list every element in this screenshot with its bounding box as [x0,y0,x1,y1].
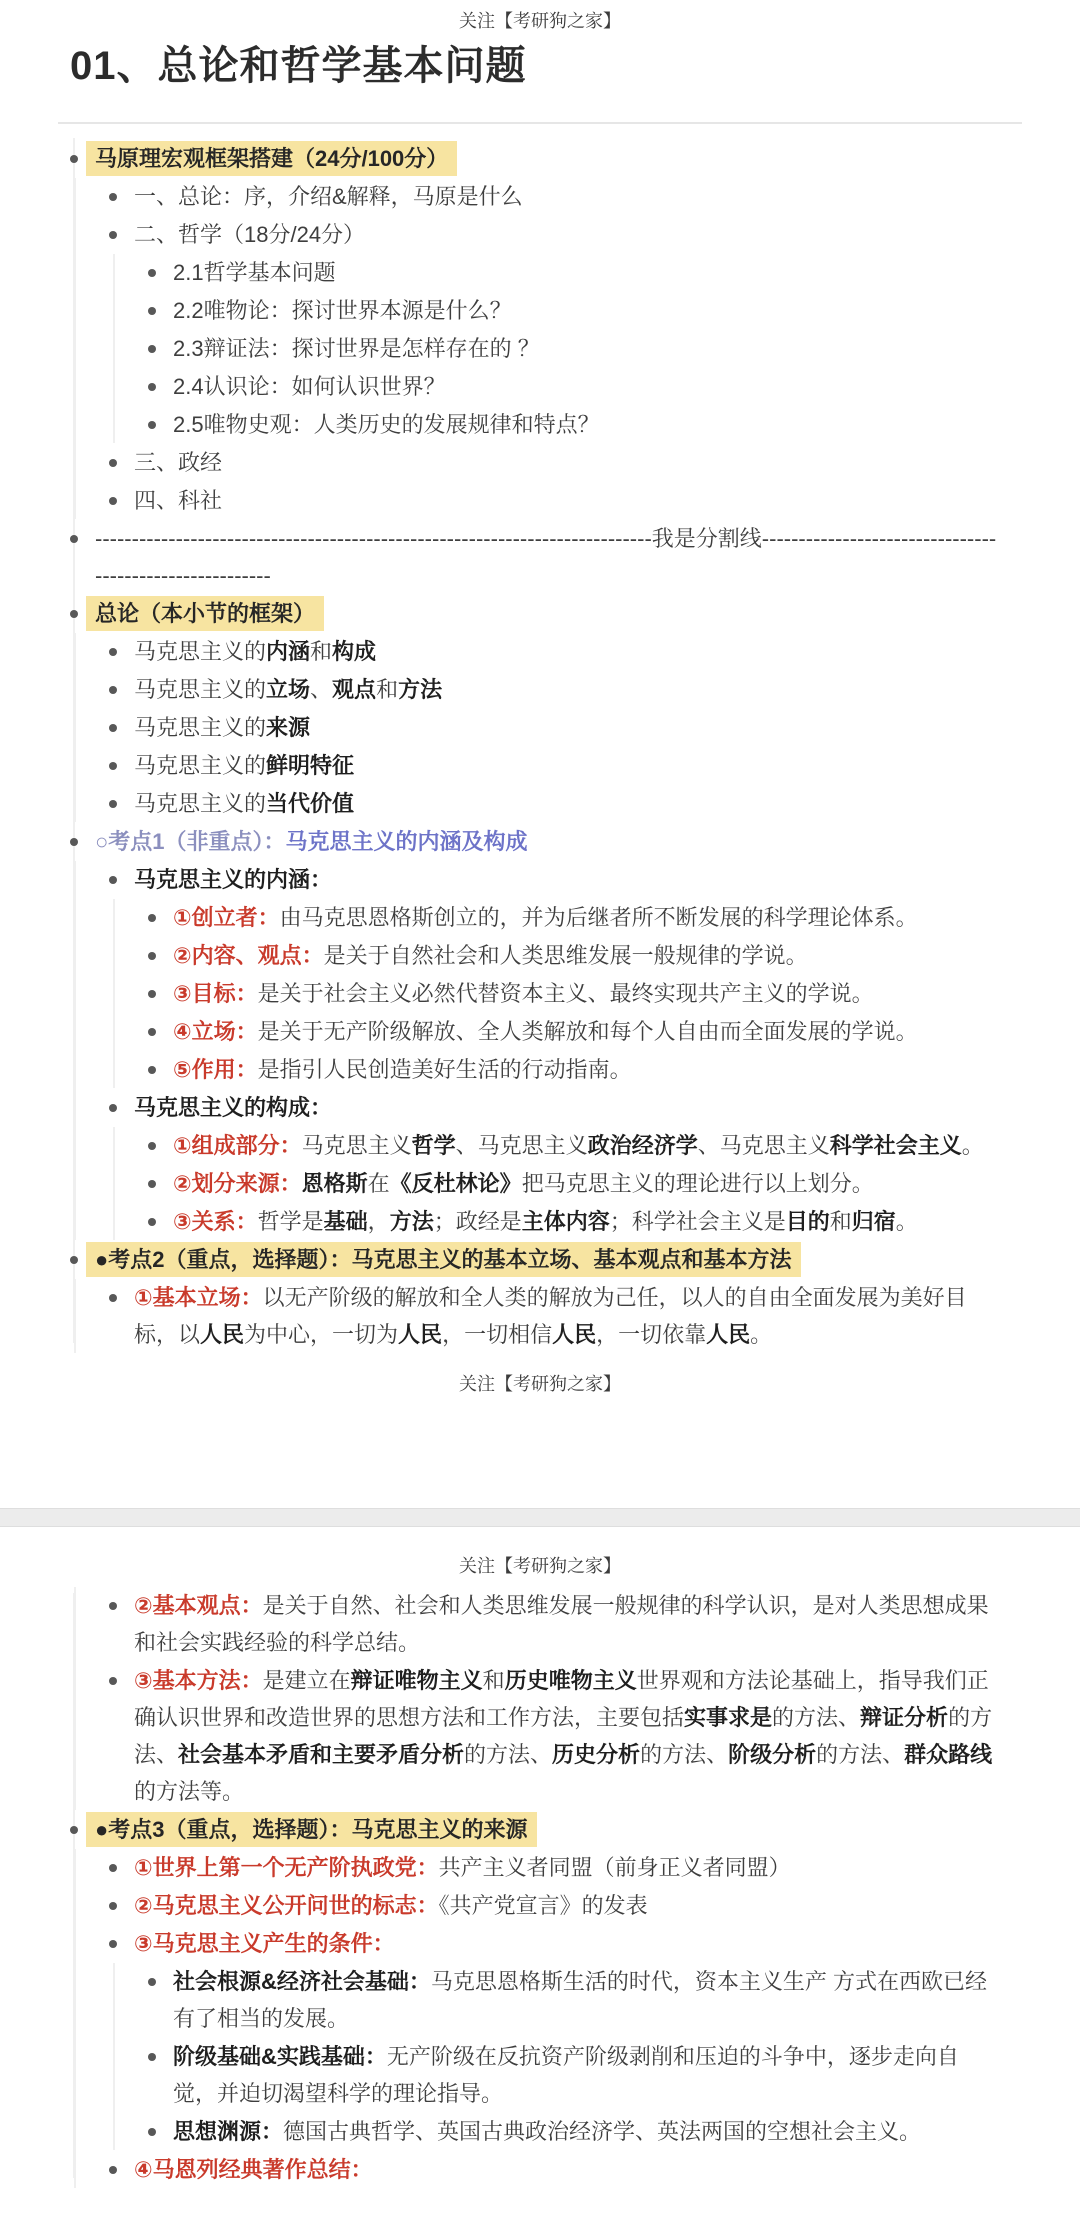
list-item: ③关系：哲学是基础，方法；政经是主体内容；科学社会主义是目的和归宿。 [142,1203,1000,1240]
bullet-column [103,747,134,784]
list-item: ①组成部分：马克思主义哲学、马克思主义政治经济学、马克思主义科学社会主义。 [142,1127,1000,1164]
item-text: ②马克思主义公开问世的标志：《共产党宣言》的发表 [134,1887,1000,1924]
watermark-bottom: 关注【考研狗之家】 [0,1371,1080,1397]
text-segment: 和 [310,639,332,664]
text-segment: 、 [310,677,332,702]
item-text: ②基本观点：是关于自然、社会和人类思维发展一般规律的科学认识，是对人类思想成果和… [134,1587,1000,1661]
item-text: 马克思主义的立场、观点和方法 [134,671,1000,708]
text-segment: 三、政经 [134,450,222,475]
list-item: ⑤作用：是指引人民创造美好生活的行动指南。 [142,1051,1000,1088]
list-item: 马克思主义的来源 [103,709,1000,746]
text-segment: 是关于无产阶级解放、全人类解放和每个人自由而全面发展的学说。 [258,1019,918,1044]
bullet-column [103,216,134,253]
list-item: ④立场：是关于无产阶级解放、全人类解放和每个人自由而全面发展的学说。 [142,1013,1000,1050]
page-2: 关注【考研狗之家】 ②基本观点：是关于自然、社会和人类思维发展一般规律的科学认识… [0,1527,1080,2213]
text-segment: ③目标： [173,981,258,1006]
text-segment: 方法 [398,677,442,702]
list-item: 社会根源&经济社会基础：马克思恩格斯生活的时代，资本主义生产 方式在西欧已经有了… [142,1963,1000,2037]
text-segment: 和 [483,1668,505,1693]
bullet-dot [109,1294,117,1302]
list-item: 马克思主义的构成： [103,1089,1000,1126]
list-item: 马克思主义的内涵： [103,861,1000,898]
item-text: ④立场：是关于无产阶级解放、全人类解放和每个人自由而全面发展的学说。 [173,1013,1000,1050]
text-segment: ①世界上第一个无产阶执政党： [134,1855,439,1880]
list-item: 2.1哲学基本问题 [142,254,1000,291]
list-item: 思想渊源：德国古典哲学、英国古典政治经济学、英法两国的空想社会主义。 [142,2113,1000,2150]
item-text: ●考点2（重点，选择题）：马克思主义的基本立场、基本观点和基本方法 [95,1241,1000,1278]
bullet-dot [148,1066,156,1074]
text-segment: 是关于社会主义必然代替资本主义、最终实现共产主义的学说。 [258,981,874,1006]
list-item: 2.3辩证法：探讨世界是怎样存在的 ？ [142,330,1000,367]
item-text: ●考点3（重点，选择题）：马克思主义的来源 [95,1811,1000,1848]
bullet-column [103,671,134,708]
item-text: 马克思主义的内涵和构成 [134,633,1000,670]
text-segment: 总论（本小节的框架） [86,596,324,631]
bullet-column [142,1165,173,1202]
text-segment: 的方法、 [464,1742,552,1767]
children-group: 马克思主义的内涵和构成马克思主义的立场、观点和方法马克思主义的来源马克思主义的鲜… [74,633,1000,822]
text-segment: 四、科社 [134,488,222,513]
item-text: ○考点1（非重点）：马克思主义的内涵及构成 [95,823,1000,860]
list-item: ②马克思主义公开问世的标志：《共产党宣言》的发表 [103,1887,1000,1924]
item-text: 阶级基础&实践基础：无产阶级在反抗资产阶级剥削和压迫的斗争中，逐步走向自觉，并迫… [173,2038,1000,2112]
bullet-column [103,1587,134,1661]
text-segment: 的方法、 [816,1742,904,1767]
bullet-column [103,1662,134,1810]
text-segment: ①创立者： [173,905,280,930]
text-segment: 人民 [398,1322,442,1347]
text-segment: ④立场： [173,1019,258,1044]
text-segment: 的方法等。 [134,1779,244,1804]
children-group: 马克思主义的内涵：①创立者：由马克思恩格斯创立的，并为后继者所不断发展的科学理论… [74,861,1000,1240]
text-segment: ③马克思主义产生的条件： [134,1931,395,1956]
bullet-dot [148,2053,156,2061]
item-text: 2.3辩证法：探讨世界是怎样存在的 ？ [173,330,1000,367]
list-item: 马原理宏观框架搭建（24分/100分） [64,140,1000,177]
list-item: ●考点3（重点，选择题）：马克思主义的来源 [64,1811,1000,1848]
list-item: 2.2唯物论：探讨世界本源是什么？ [142,292,1000,329]
item-text: 二、哲学（18分/24分） [134,216,1000,253]
bullet-column [64,520,95,594]
text-segment: 阶级基础&实践基础： [173,2044,387,2069]
children-group: 一、总论：序，介绍&解释，马原是什么二、哲学（18分/24分）2.1哲学基本问题… [74,178,1000,519]
list-item: ②划分来源：恩格斯在《反杜林论》把马克思主义的理论进行以上划分。 [142,1165,1000,1202]
text-segment: ④马恩列经典著作总结： [134,2157,373,2182]
bullet-dot [109,1902,117,1910]
text-segment: 辩证唯物主义 [351,1668,483,1693]
text-segment: 2.5唯物史观：人类历史的发展规律和特点？ [173,412,600,437]
item-text: ②内容、观点：是关于自然社会和人类思维发展一般规律的学说。 [173,937,1000,974]
bullet-dot [70,535,78,543]
text-segment: 、马克思主义 [456,1133,588,1158]
bullet-dot [148,952,156,960]
item-text: 2.1哲学基本问题 [173,254,1000,291]
item-text: ①组成部分：马克思主义哲学、马克思主义政治经济学、马克思主义科学社会主义。 [173,1127,1000,1164]
text-segment: 内涵 [266,639,310,664]
item-text: 2.2唯物论：探讨世界本源是什么？ [173,292,1000,329]
bullet-dot [70,610,78,618]
text-segment: 群众路线 [904,1742,992,1767]
text-segment: ⑤作用： [173,1057,258,1082]
text-segment: 。 [750,1322,772,1347]
text-segment: 鲜明特征 [266,753,354,778]
text-segment: 《反杜林论》 [390,1171,522,1196]
text-segment: 马克思主义的内涵及构成 [286,829,528,854]
bullet-column [142,330,173,367]
bullet-column [142,1963,173,2037]
text-segment: 阶级分析 [728,1742,816,1767]
bullet-dot [109,762,117,770]
text-segment: 历史分析 [552,1742,640,1767]
bullet-column [142,937,173,974]
text-segment: 共产主义者同盟（前身正义者同盟） [439,1855,791,1880]
bullet-dot [148,307,156,315]
bullet-dot [109,1864,117,1872]
children-group: 社会根源&经济社会基础：马克思恩格斯生活的时代，资本主义生产 方式在西欧已经有了… [113,1963,1000,2150]
item-text: 马克思主义的内涵： [134,861,1000,898]
text-segment: 2.2唯物论：探讨世界本源是什么？ [173,298,512,323]
text-segment: 哲学是 [258,1209,324,1234]
text-segment: 方法 [390,1209,434,1234]
list-item: ○考点1（非重点）：马克思主义的内涵及构成 [64,823,1000,860]
text-segment: ----------------------------------------… [95,526,996,588]
watermark-top-page2: 关注【考研狗之家】 [0,1527,1080,1579]
bullet-column [103,785,134,822]
bullet-column [142,899,173,936]
text-segment: 哲学 [412,1133,456,1158]
text-segment: ③关系： [173,1209,258,1234]
text-segment: 《共产党宣言》的发表 [439,1893,648,1918]
text-segment: 是指引人民创造美好生活的行动指南。 [258,1057,632,1082]
item-text: 马原理宏观框架搭建（24分/100分） [95,140,1000,177]
text-segment: 人民 [200,1322,244,1347]
item-text: 三、政经 [134,444,1000,481]
list-item: 一、总论：序，介绍&解释，马原是什么 [103,178,1000,215]
list-item: 三、政经 [103,444,1000,481]
text-segment: 马克思主义的 [134,677,266,702]
text-segment: 的方法、 [772,1705,860,1730]
outline-page2: ②基本观点：是关于自然、社会和人类思维发展一般规律的科学认识，是对人类思想成果和… [0,1579,1080,2188]
text-segment: 基础 [324,1209,368,1234]
text-segment: 是建立在 [263,1668,351,1693]
item-text: 2.5唯物史观：人类历史的发展规律和特点？ [173,406,1000,443]
children-group: ①基本立场：以无产阶级的解放和全人类的解放为己任，以人的自由全面发展为美好目标，… [74,1279,1000,1353]
text-segment: 辩证分析 [860,1705,948,1730]
list-item: 2.5唯物史观：人类历史的发展规律和特点？ [142,406,1000,443]
list-item: 总论（本小节的框架） [64,595,1000,632]
text-segment: 是关于自然、社会和人类思维发展一般规律的科学认识，是对人类思想成果和社会实践经验… [134,1593,989,1655]
item-text: ③关系：哲学是基础，方法；政经是主体内容；科学社会主义是目的和归宿。 [173,1203,1000,1240]
list-item: 马克思主义的当代价值 [103,785,1000,822]
bullet-dot [109,231,117,239]
text-segment: 马克思主义 [302,1133,412,1158]
bullet-dot [109,686,117,694]
text-segment: 由马克思恩格斯创立的，并为后继者所不断发展的科学理论体系。 [280,905,918,930]
list-item: ④马恩列经典著作总结： [103,2151,1000,2188]
text-segment: 和 [830,1209,852,1234]
bullet-dot [148,1218,156,1226]
text-segment: 观点 [332,677,376,702]
text-segment: 一、总论：序，介绍&解释，马原是什么 [134,184,523,209]
bullet-dot [109,1940,117,1948]
item-text: ③马克思主义产生的条件： [134,1925,1000,1962]
text-segment: ●考点2（重点，选择题）：马克思主义的基本立场、基本观点和基本方法 [86,1242,801,1277]
bullet-dot [109,1602,117,1610]
bullet-column [142,254,173,291]
bullet-column [103,444,134,481]
page-separator [0,1508,1080,1527]
text-segment: 2.4认识论：如何认识世界？ [173,374,446,399]
text-segment: 构成 [332,639,376,664]
item-text: ①创立者：由马克思恩格斯创立的，并为后继者所不断发展的科学理论体系。 [173,899,1000,936]
page-1: 关注【考研狗之家】 01、总论和哲学基本问题 马原理宏观框架搭建（24分/100… [0,0,1080,1508]
list-item: ③马克思主义产生的条件： [103,1925,1000,1962]
text-segment: 、马克思主义 [698,1133,830,1158]
list-item: 马克思主义的立场、观点和方法 [103,671,1000,708]
text-segment: 立场 [266,677,310,702]
bullet-dot [148,383,156,391]
bullet-column [103,178,134,215]
text-segment: ；科学社会主义是 [610,1209,786,1234]
item-text: ④马恩列经典著作总结： [134,2151,1000,2188]
bullet-dot [109,876,117,884]
bullet-dot [148,2128,156,2136]
children-group: ①世界上第一个无产阶执政党：共产主义者同盟（前身正义者同盟）②马克思主义公开问世… [74,1849,1000,2188]
item-text: ①基本立场：以无产阶级的解放和全人类的解放为己任，以人的自由全面发展为美好目标，… [134,1279,1000,1353]
bullet-column [103,1089,134,1126]
bullet-column [103,1887,134,1924]
text-segment: 2.3辩证法：探讨世界是怎样存在的 ？ [173,336,540,361]
text-segment: 社会基本矛盾和主要矛盾分析 [178,1742,464,1767]
list-item: 阶级基础&实践基础：无产阶级在反抗资产阶级剥削和压迫的斗争中，逐步走向自觉，并迫… [142,2038,1000,2112]
bullet-dot [148,1180,156,1188]
text-segment: 把马克思主义的理论进行以上划分。 [522,1171,874,1196]
bullet-dot [148,1978,156,1986]
item-text: ----------------------------------------… [95,520,1000,594]
list-item: 2.4认识论：如何认识世界？ [142,368,1000,405]
text-segment: 历史唯物主义 [505,1668,637,1693]
text-segment: 马原理宏观框架搭建（24分/100分） [86,141,457,176]
bullet-column [142,1127,173,1164]
bullet-dot [109,1677,117,1685]
bullet-column [142,975,173,1012]
item-text: ②划分来源：恩格斯在《反杜林论》把马克思主义的理论进行以上划分。 [173,1165,1000,1202]
text-segment: 马克思主义的内涵： [134,867,332,892]
item-text: 马克思主义的构成： [134,1089,1000,1126]
bullet-dot [109,2166,117,2174]
text-segment: 马克思主义的 [134,753,266,778]
children-group: 2.1哲学基本问题2.2唯物论：探讨世界本源是什么？2.3辩证法：探讨世界是怎样… [113,254,1000,443]
text-segment: 当代价值 [266,791,354,816]
item-text: 马克思主义的当代价值 [134,785,1000,822]
text-segment: 马克思主义的构成： [134,1095,332,1120]
text-segment: ，一切依靠 [596,1322,706,1347]
text-segment: 思想渊源： [173,2119,283,2144]
text-segment: 实事求是 [684,1705,772,1730]
bullet-dot [148,990,156,998]
bullet-column [103,861,134,898]
bullet-column [142,2038,173,2112]
text-segment: 社会根源&经济社会基础： [173,1969,431,1994]
bullet-column [103,1849,134,1886]
outline-page1: 马原理宏观框架搭建（24分/100分）一、总论：序，介绍&解释，马原是什么二、哲… [0,124,1080,1353]
text-segment: 归宿 [852,1209,896,1234]
text-segment: ②基本观点： [134,1593,263,1618]
text-segment: ①基本立场： [134,1285,263,1310]
text-segment: 目的 [786,1209,830,1234]
bullet-column [103,482,134,519]
bullet-column [142,292,173,329]
text-segment: 马克思主义的 [134,791,266,816]
item-text: 四、科社 [134,482,1000,519]
item-text: 思想渊源：德国古典哲学、英国古典政治经济学、英法两国的空想社会主义。 [173,2113,1000,2150]
bullet-dot [148,914,156,922]
text-segment: 二、哲学（18分/24分） [134,222,365,247]
bullet-dot [70,1826,78,1834]
bullet-column [103,1925,134,1962]
children-group: ①组成部分：马克思主义哲学、马克思主义政治经济学、马克思主义科学社会主义。②划分… [113,1127,1000,1240]
text-segment: ②划分来源： [173,1171,302,1196]
text-segment: ，一切相信 [442,1322,552,1347]
bullet-column [103,1279,134,1353]
bullet-dot [70,1256,78,1264]
text-segment: 是关于自然社会和人类思维发展一般规律的学说。 [324,943,808,968]
bullet-dot [148,1142,156,1150]
list-item: ①基本立场：以无产阶级的解放和全人类的解放为己任，以人的自由全面发展为美好目标，… [103,1279,1000,1353]
item-text: ③基本方法：是建立在辩证唯物主义和历史唯物主义世界观和方法论基础上，指导我们正确… [134,1662,1000,1810]
page-title: 01、总论和哲学基本问题 [70,42,1020,90]
item-text: 马克思主义的来源 [134,709,1000,746]
list-item: ①创立者：由马克思恩格斯创立的，并为后继者所不断发展的科学理论体系。 [142,899,1000,936]
text-segment: 人民 [706,1322,750,1347]
text-segment: 恩格斯 [302,1171,368,1196]
item-text: 马克思主义的鲜明特征 [134,747,1000,784]
text-segment: ①组成部分： [173,1133,302,1158]
bullet-column [64,823,95,860]
text-segment: 马克思主义的 [134,639,266,664]
text-segment: 2.1哲学基本问题 [173,260,336,285]
text-segment: ○考点1（非重点）： [95,829,286,854]
text-segment: 科学社会主义 [830,1133,962,1158]
bullet-dot [70,838,78,846]
item-text: 2.4认识论：如何认识世界？ [173,368,1000,405]
list-item: ③基本方法：是建立在辩证唯物主义和历史唯物主义世界观和方法论基础上，指导我们正确… [103,1662,1000,1810]
bullet-column [142,2113,173,2150]
bullet-dot [148,345,156,353]
bullet-dot [109,724,117,732]
bullet-dot [109,800,117,808]
text-segment: 德国古典哲学、英国古典政治经济学、英法两国的空想社会主义。 [283,2119,921,2144]
children-group-continued: ②基本观点：是关于自然、社会和人类思维发展一般规律的科学认识，是对人类思想成果和… [74,1587,1000,1810]
text-segment: 在 [368,1171,390,1196]
text-segment: ②马克思主义公开问世的标志： [134,1893,439,1918]
text-segment: 的方法、 [640,1742,728,1767]
list-item: ①世界上第一个无产阶执政党：共产主义者同盟（前身正义者同盟） [103,1849,1000,1886]
bullet-dot [148,421,156,429]
text-segment: 人民 [552,1322,596,1347]
bullet-dot [148,269,156,277]
item-text: ⑤作用：是指引人民创造美好生活的行动指南。 [173,1051,1000,1088]
bullet-dot [109,193,117,201]
text-segment: 为中心，一切为 [244,1322,398,1347]
bullet-column [142,1013,173,1050]
bullet-column [142,406,173,443]
list-item: 马克思主义的内涵和构成 [103,633,1000,670]
watermark-top: 关注【考研狗之家】 [0,0,1080,34]
bullet-column [142,368,173,405]
bullet-dot [109,1104,117,1112]
list-item: ②基本观点：是关于自然、社会和人类思维发展一般规律的科学认识，是对人类思想成果和… [103,1587,1000,1661]
list-item: 二、哲学（18分/24分） [103,216,1000,253]
text-segment: ， [368,1209,390,1234]
list-item: 四、科社 [103,482,1000,519]
text-segment: 政治经济学 [588,1133,698,1158]
text-segment: ②内容、观点： [173,943,324,968]
list-item: 马克思主义的鲜明特征 [103,747,1000,784]
text-segment: 。 [962,1133,984,1158]
bullet-dot [148,1028,156,1036]
text-segment: 。 [896,1209,918,1234]
item-text: 总论（本小节的框架） [95,595,1000,632]
bullet-column [103,709,134,746]
bullet-dot [109,459,117,467]
bullet-column [103,633,134,670]
bullet-column [142,1051,173,1088]
children-group: ①创立者：由马克思恩格斯创立的，并为后继者所不断发展的科学理论体系。②内容、观点… [113,899,1000,1088]
text-segment: ●考点3（重点，选择题）：马克思主义的来源 [86,1812,537,1847]
bullet-dot [70,155,78,163]
item-text: ③目标：是关于社会主义必然代替资本主义、最终实现共产主义的学说。 [173,975,1000,1012]
item-text: 一、总论：序，介绍&解释，马原是什么 [134,178,1000,215]
item-text: 社会根源&经济社会基础：马克思恩格斯生活的时代，资本主义生产 方式在西欧已经有了… [173,1963,1000,2037]
bullet-column [142,1203,173,1240]
list-item: ③目标：是关于社会主义必然代替资本主义、最终实现共产主义的学说。 [142,975,1000,1012]
text-segment: 和 [376,677,398,702]
list-item: ②内容、观点：是关于自然社会和人类思维发展一般规律的学说。 [142,937,1000,974]
bullet-column [103,2151,134,2188]
text-segment: 马克思主义的 [134,715,266,740]
list-item: ----------------------------------------… [64,520,1000,594]
list-item: ●考点2（重点，选择题）：马克思主义的基本立场、基本观点和基本方法 [64,1241,1000,1278]
item-text: ①世界上第一个无产阶执政党：共产主义者同盟（前身正义者同盟） [134,1849,1000,1886]
text-segment: 来源 [266,715,310,740]
text-segment: 主体内容 [522,1209,610,1234]
bullet-dot [109,497,117,505]
bullet-dot [109,648,117,656]
text-segment: ③基本方法： [134,1668,263,1693]
text-segment: ；政经是 [434,1209,522,1234]
